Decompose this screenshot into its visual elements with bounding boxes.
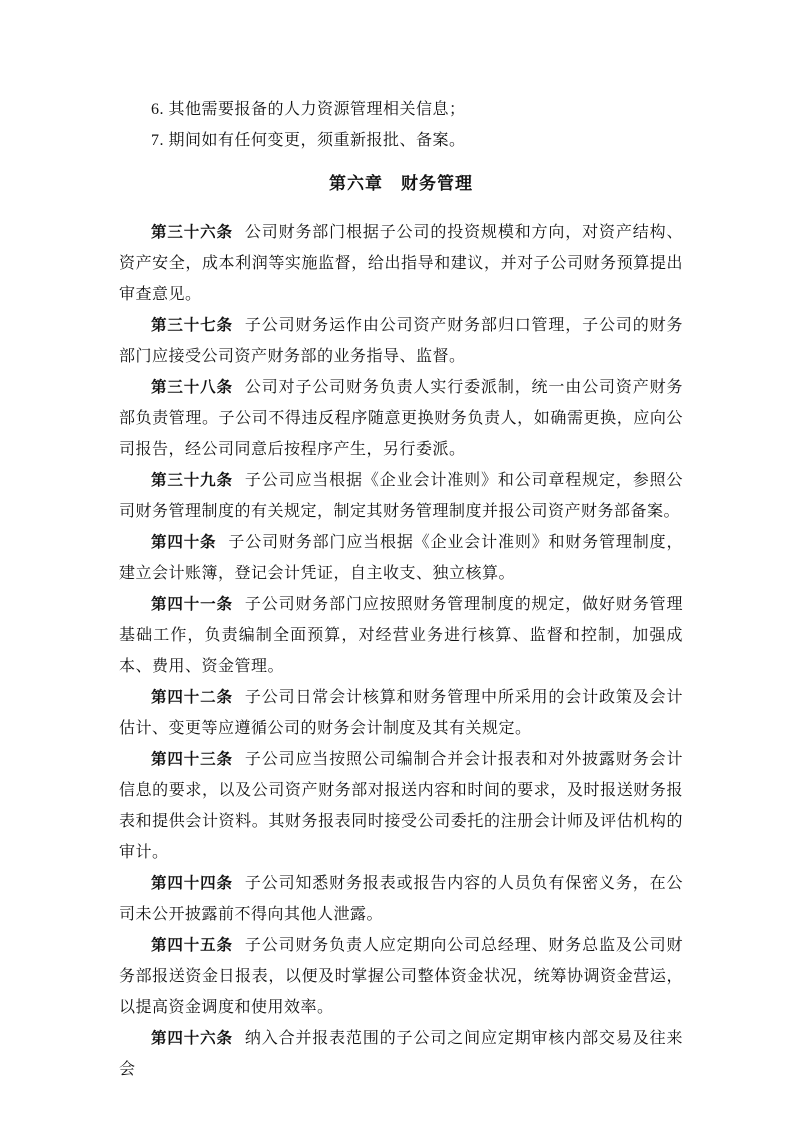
chapter-heading: 第六章 财务管理	[119, 168, 683, 199]
article-number: 第四十一条	[151, 596, 233, 613]
article-paragraph: 第三十七条子公司财务运作由公司资产财务部归口管理，子公司的财务部门应接受公司资产…	[119, 310, 683, 372]
article-paragraph: 第四十条子公司财务部门应当根据《企业会计准则》和财务管理制度，建立会计账簿，登记…	[119, 527, 683, 589]
article-paragraph: 第四十五条子公司财务负责人应定期向公司总经理、财务总监及公司财务部报送资金日报表…	[119, 930, 683, 1023]
list-item: 7. 期间如有任何变更，须重新报批、备案。	[119, 125, 683, 156]
article-paragraph: 第四十三条子公司应当按照公司编制合并会计报表和对外披露财务会计信息的要求，以及公…	[119, 744, 683, 868]
document-page: 6. 其他需要报备的人力资源管理相关信息； 7. 期间如有任何变更，须重新报批、…	[0, 0, 793, 1122]
article-number: 第四十二条	[151, 689, 233, 706]
article-paragraph: 第四十一条子公司财务部门应按照财务管理制度的规定，做好财务管理基础工作，负责编制…	[119, 589, 683, 682]
article-paragraph: 第四十四条子公司知悉财务报表或报告内容的人员负有保密义务，在公司未公开披露前不得…	[119, 868, 683, 930]
list-item: 6. 其他需要报备的人力资源管理相关信息；	[119, 94, 683, 125]
article-number: 第四十五条	[151, 937, 233, 954]
article-paragraph: 第三十六条公司财务部门根据子公司的投资规模和方向，对资产结构、资产安全，成本利润…	[119, 217, 683, 310]
article-number: 第四十条	[151, 534, 216, 551]
article-number: 第三十六条	[151, 224, 233, 241]
article-paragraph: 第四十二条子公司日常会计核算和财务管理中所采用的会计政策及会计估计、变更等应遵循…	[119, 682, 683, 744]
article-number: 第四十四条	[151, 875, 233, 892]
article-number: 第四十六条	[151, 1030, 233, 1047]
article-number: 第三十八条	[151, 379, 233, 396]
article-number: 第三十七条	[151, 317, 233, 334]
article-paragraph: 第三十八条公司对子公司财务负责人实行委派制，统一由公司资产财务部负责管理。子公司…	[119, 372, 683, 465]
article-number: 第三十九条	[151, 472, 233, 489]
article-paragraph: 第四十六条纳入合并报表范围的子公司之间应定期审核内部交易及往来会	[119, 1023, 683, 1085]
article-number: 第四十三条	[151, 751, 233, 768]
article-paragraph: 第三十九条子公司应当根据《企业会计准则》和公司章程规定，参照公司财务管理制度的有…	[119, 465, 683, 527]
